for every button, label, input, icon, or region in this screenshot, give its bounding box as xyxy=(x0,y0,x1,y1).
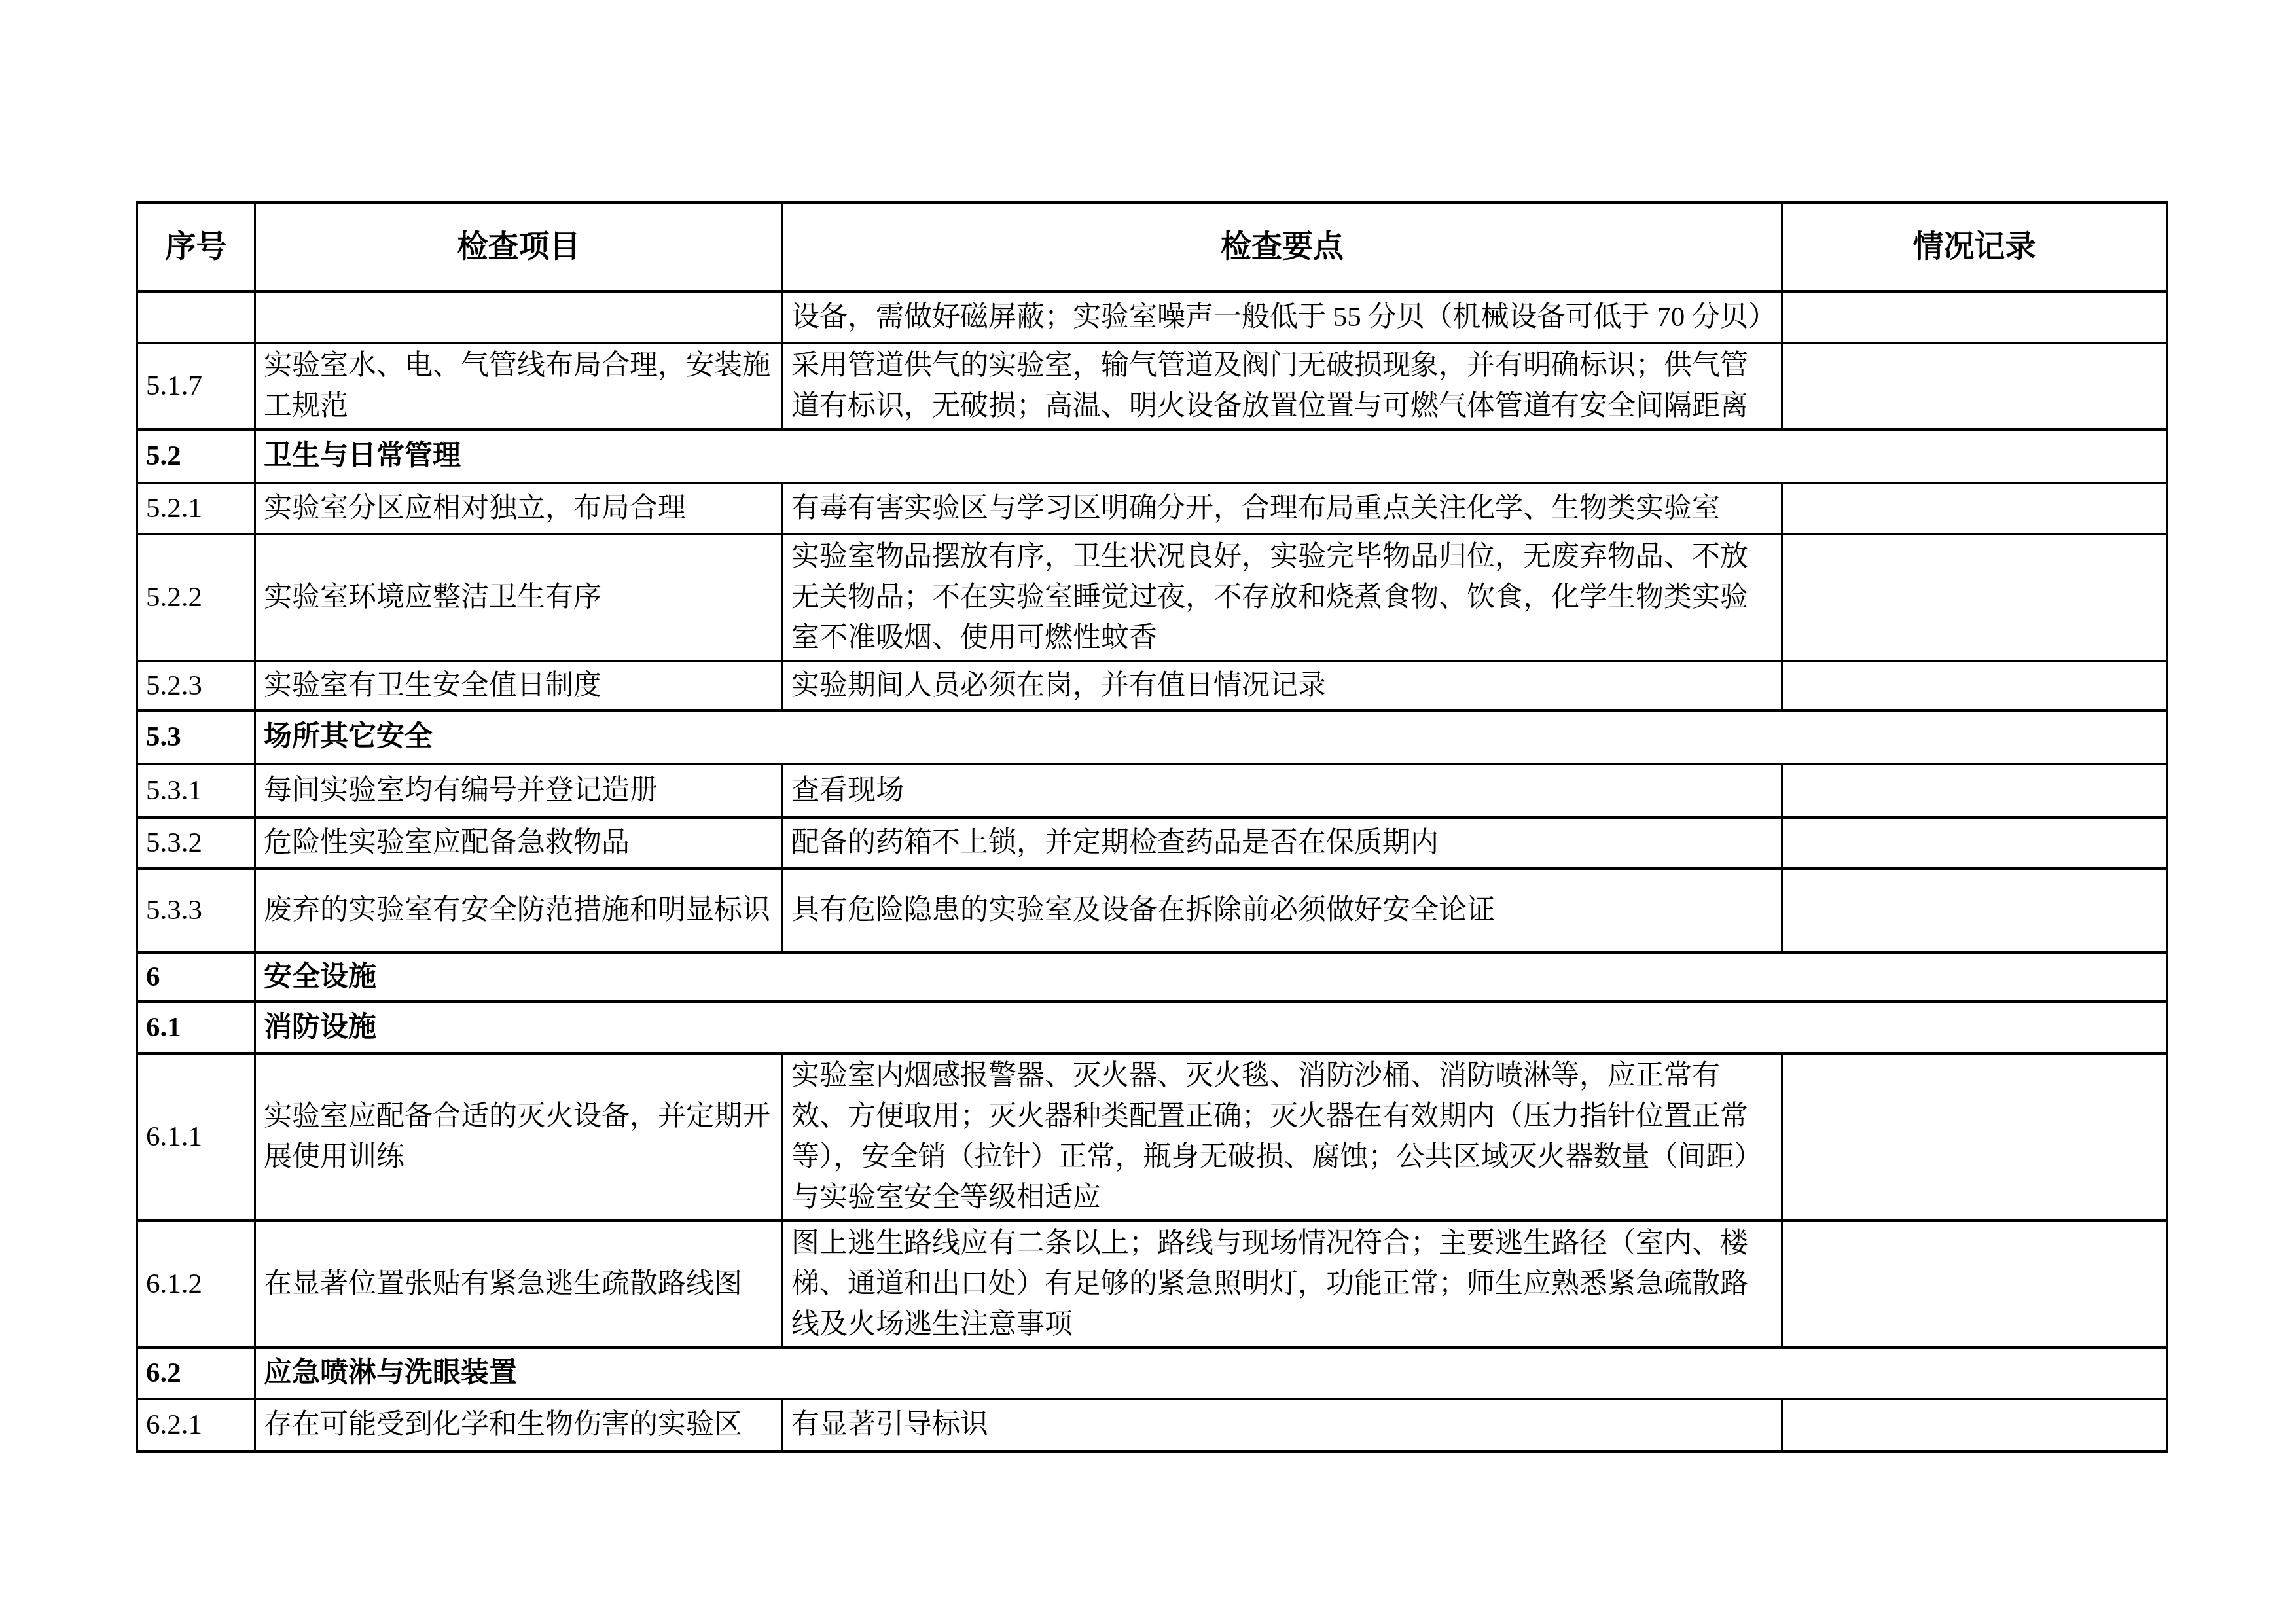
cell-item: 危险性实验室应配备急救物品 xyxy=(255,818,783,869)
cell-points: 查看现场 xyxy=(783,764,1782,818)
cell-number: 6.1 xyxy=(137,1001,255,1053)
inspection-checklist-table: 序号 检查项目 检查要点 情况记录 设备，需做好磁屏蔽；实验室噪声一般低于 55… xyxy=(136,201,2168,1453)
cell-record xyxy=(1782,291,2167,343)
cell-record xyxy=(1782,1221,2167,1348)
cell-points: 图上逃生路线应有二条以上；路线与现场情况符合；主要逃生路径（室内、楼梯、通道和出… xyxy=(783,1221,1782,1348)
cell-item: 实验室分区应相对独立，布局合理 xyxy=(255,483,783,534)
cell-record xyxy=(1782,1399,2167,1451)
section-title: 卫生与日常管理 xyxy=(255,429,2167,483)
header-row: 序号 检查项目 检查要点 情况记录 xyxy=(137,202,2167,291)
cell-number: 6.1.2 xyxy=(137,1221,255,1348)
cell-points: 具有危险隐患的实验室及设备在拆除前必须做好安全论证 xyxy=(783,869,1782,952)
table-row: 5.3.1 每间实验室均有编号并登记造册 查看现场 xyxy=(137,764,2167,818)
section-row: 6.2 应急喷淋与洗眼装置 xyxy=(137,1348,2167,1399)
cell-record xyxy=(1782,764,2167,818)
table-row: 设备，需做好磁屏蔽；实验室噪声一般低于 55 分贝（机械设备可低于 70 分贝） xyxy=(137,291,2167,343)
cell-item: 在显著位置张贴有紧急逃生疏散路线图 xyxy=(255,1221,783,1348)
cell-number: 5.2.1 xyxy=(137,483,255,534)
cell-number: 5.2.2 xyxy=(137,534,255,661)
cell-number: 6.2.1 xyxy=(137,1399,255,1451)
cell-record xyxy=(1782,1053,2167,1221)
section-row: 6 安全设施 xyxy=(137,952,2167,1001)
cell-number: 5.3.1 xyxy=(137,764,255,818)
table-row: 5.2.2 实验室环境应整洁卫生有序 实验室物品摆放有序，卫生状况良好，实验完毕… xyxy=(137,534,2167,661)
cell-number: 5.3 xyxy=(137,710,255,764)
cell-item: 实验室水、电、气管线布局合理，安装施工规范 xyxy=(255,343,783,429)
cell-record xyxy=(1782,534,2167,661)
cell-points: 实验期间人员必须在岗，并有值日情况记录 xyxy=(783,661,1782,710)
cell-points: 配备的药箱不上锁，并定期检查药品是否在保质期内 xyxy=(783,818,1782,869)
cell-number xyxy=(137,291,255,343)
section-row: 5.2 卫生与日常管理 xyxy=(137,429,2167,483)
cell-record xyxy=(1782,343,2167,429)
table-row: 6.1.2 在显著位置张贴有紧急逃生疏散路线图 图上逃生路线应有二条以上；路线与… xyxy=(137,1221,2167,1348)
cell-number: 5.3.3 xyxy=(137,869,255,952)
header-item: 检查项目 xyxy=(255,202,783,291)
header-number: 序号 xyxy=(137,202,255,291)
table-row: 5.2.3 实验室有卫生安全值日制度 实验期间人员必须在岗，并有值日情况记录 xyxy=(137,661,2167,710)
table-row: 5.1.7 实验室水、电、气管线布局合理，安装施工规范 采用管道供气的实验室，输… xyxy=(137,343,2167,429)
cell-item xyxy=(255,291,783,343)
cell-points: 采用管道供气的实验室，输气管道及阀门无破损现象，并有明确标识；供气管道有标识，无… xyxy=(783,343,1782,429)
cell-item: 实验室有卫生安全值日制度 xyxy=(255,661,783,710)
header-points: 检查要点 xyxy=(783,202,1782,291)
cell-points: 实验室内烟感报警器、灭火器、灭火毯、消防沙桶、消防喷淋等，应正常有效、方便取用；… xyxy=(783,1053,1782,1221)
cell-number: 5.2.3 xyxy=(137,661,255,710)
cell-item: 实验室应配备合适的灭火设备，并定期开展使用训练 xyxy=(255,1053,783,1221)
cell-item: 实验室环境应整洁卫生有序 xyxy=(255,534,783,661)
cell-number: 5.1.7 xyxy=(137,343,255,429)
table-row: 5.3.3 废弃的实验室有安全防范措施和明显标识 具有危险隐患的实验室及设备在拆… xyxy=(137,869,2167,952)
cell-number: 6.2 xyxy=(137,1348,255,1399)
table-row: 6.2.1 存在可能受到化学和生物伤害的实验区 有显著引导标识 xyxy=(137,1399,2167,1451)
document-page: 序号 检查项目 检查要点 情况记录 设备，需做好磁屏蔽；实验室噪声一般低于 55… xyxy=(0,0,2296,1624)
section-title: 安全设施 xyxy=(255,952,2167,1001)
cell-record xyxy=(1782,869,2167,952)
section-title: 消防设施 xyxy=(255,1001,2167,1053)
header-record: 情况记录 xyxy=(1782,202,2167,291)
cell-number: 5.3.2 xyxy=(137,818,255,869)
section-title: 场所其它安全 xyxy=(255,710,2167,764)
cell-number: 5.2 xyxy=(137,429,255,483)
table-row: 5.3.2 危险性实验室应配备急救物品 配备的药箱不上锁，并定期检查药品是否在保… xyxy=(137,818,2167,869)
cell-points: 实验室物品摆放有序，卫生状况良好，实验完毕物品归位，无废弃物品、不放无关物品；不… xyxy=(783,534,1782,661)
cell-item: 每间实验室均有编号并登记造册 xyxy=(255,764,783,818)
cell-points: 设备，需做好磁屏蔽；实验室噪声一般低于 55 分贝（机械设备可低于 70 分贝） xyxy=(783,291,1782,343)
cell-number: 6.1.1 xyxy=(137,1053,255,1221)
cell-item: 存在可能受到化学和生物伤害的实验区 xyxy=(255,1399,783,1451)
cell-record xyxy=(1782,661,2167,710)
cell-points: 有显著引导标识 xyxy=(783,1399,1782,1451)
section-row: 5.3 场所其它安全 xyxy=(137,710,2167,764)
table-row: 5.2.1 实验室分区应相对独立，布局合理 有毒有害实验区与学习区明确分开，合理… xyxy=(137,483,2167,534)
cell-record xyxy=(1782,818,2167,869)
section-title: 应急喷淋与洗眼装置 xyxy=(255,1348,2167,1399)
cell-item: 废弃的实验室有安全防范措施和明显标识 xyxy=(255,869,783,952)
section-row: 6.1 消防设施 xyxy=(137,1001,2167,1053)
cell-points: 有毒有害实验区与学习区明确分开，合理布局重点关注化学、生物类实验室 xyxy=(783,483,1782,534)
cell-record xyxy=(1782,483,2167,534)
cell-number: 6 xyxy=(137,952,255,1001)
table-row: 6.1.1 实验室应配备合适的灭火设备，并定期开展使用训练 实验室内烟感报警器、… xyxy=(137,1053,2167,1221)
